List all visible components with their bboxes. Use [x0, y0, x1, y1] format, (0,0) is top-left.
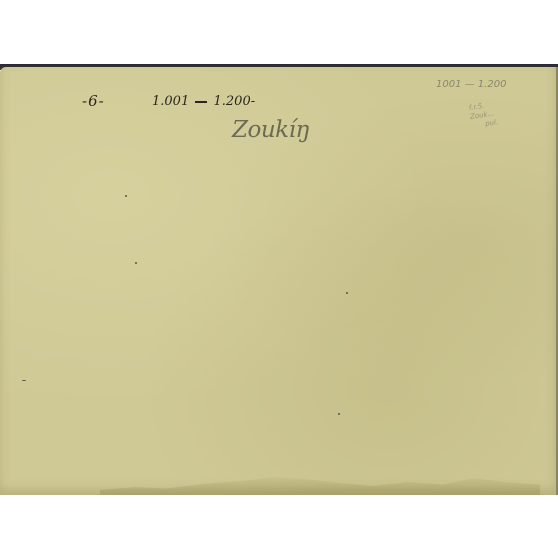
pencil-annotation: f.r.5. Zouk... pul. [468, 100, 499, 131]
paper-speck [22, 380, 26, 381]
handwritten-name: Zoukíŋ [232, 117, 310, 143]
pencil-line: pul. [485, 118, 499, 129]
range-end: 1.200- [214, 94, 256, 109]
range-dash [195, 101, 207, 103]
paper-speck [125, 195, 127, 197]
water-stain [100, 469, 540, 495]
paper-speck [346, 292, 348, 294]
sheet-number: -6- [82, 92, 105, 110]
range-start: 1.001 [152, 94, 189, 109]
paper-speck [338, 413, 340, 415]
pencil-range-note: 1001 — 1.200 [436, 79, 506, 90]
number-range: 1.001 1.200- [152, 94, 255, 109]
paper-speck [135, 262, 137, 264]
